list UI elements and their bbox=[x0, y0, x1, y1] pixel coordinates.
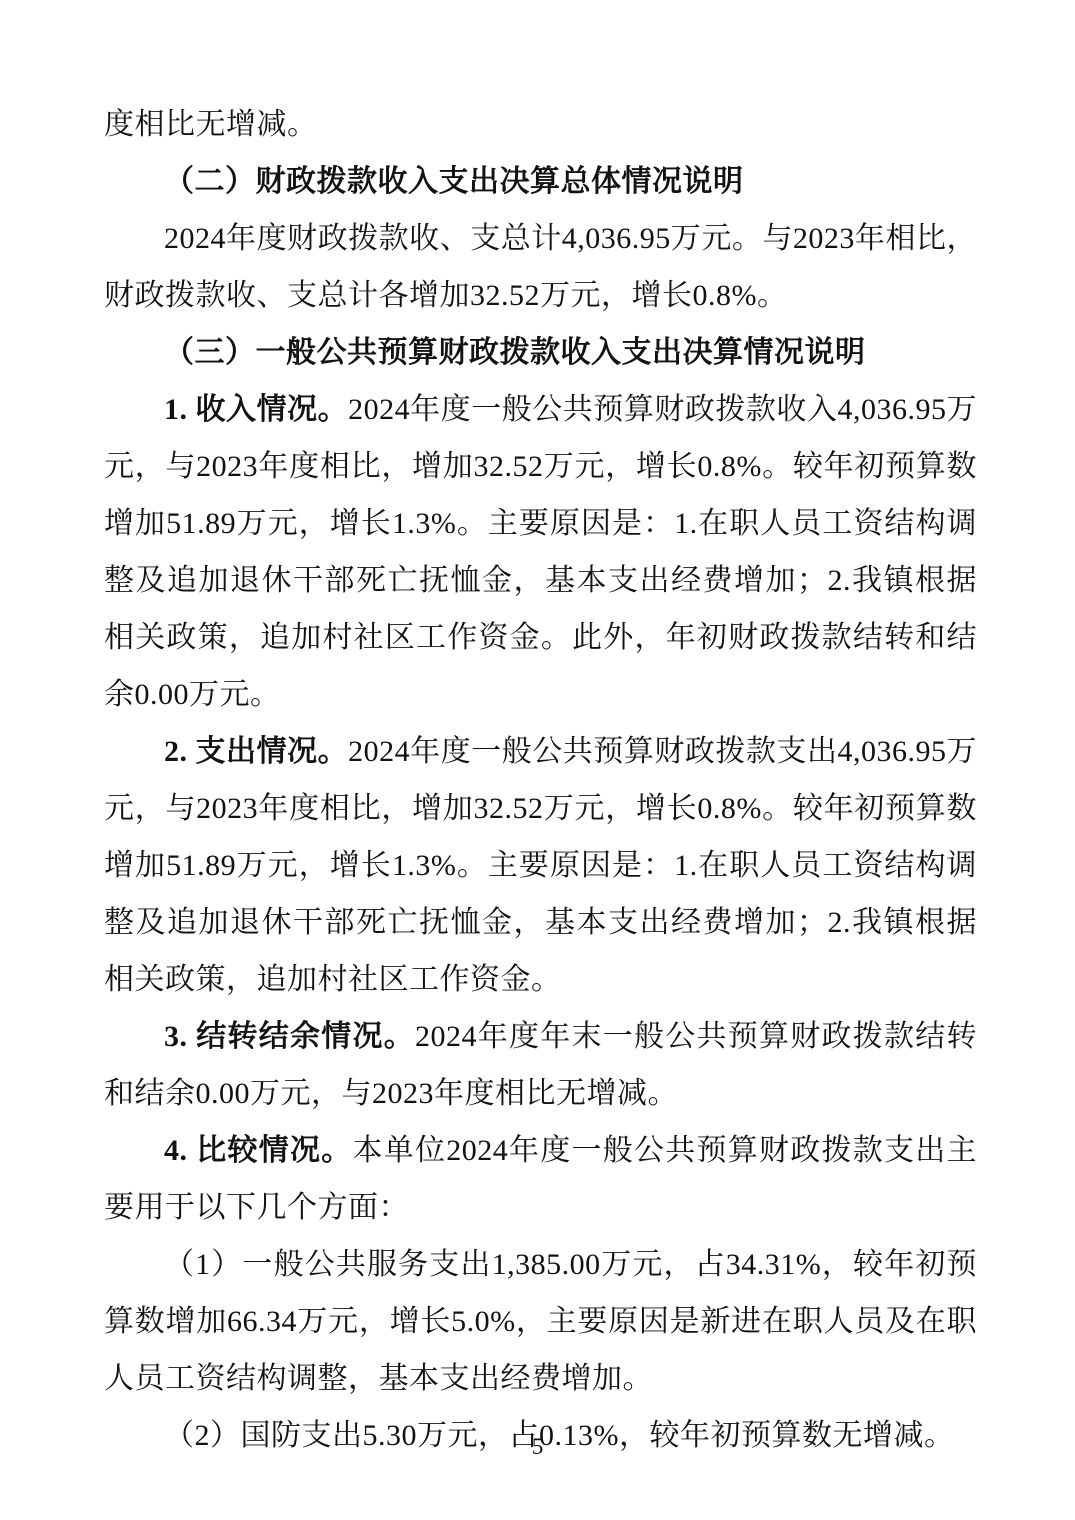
document-page: 度相比无增减。 （二）财政拨款收入支出决算总体情况说明 2024年度财政拨款收、… bbox=[0, 0, 1075, 1520]
paragraph-expenditure-situation: 2. 支出情况。2024年度一般公共预算财政拨款支出4,036.95万元，与20… bbox=[104, 723, 977, 1008]
page-number: 5 bbox=[532, 1434, 544, 1459]
paragraph-income-situation: 1. 收入情况。2024年度一般公共预算财政拨款收入4,036.95万元，与20… bbox=[104, 381, 977, 723]
paragraph-text: （1）一般公共服务支出1,385.00万元，占34.31%，较年初预算数增加66… bbox=[104, 1248, 977, 1395]
paragraph-lead: 3. 结转结余情况。 bbox=[164, 1020, 415, 1053]
paragraph-carryover-balance: 3. 结转结余情况。2024年度年末一般公共预算财政拨款结转和结余0.00万元，… bbox=[104, 1008, 977, 1122]
heading-text: （二）财政拨款收入支出决算总体情况说明 bbox=[164, 165, 744, 198]
section-heading-3: （三）一般公共预算财政拨款收入支出决算情况说明 bbox=[104, 324, 977, 381]
paragraph-lead: 1. 收入情况。 bbox=[164, 393, 348, 426]
paragraph-comparison: 4. 比较情况。本单位2024年度一般公共预算财政拨款支出主要用于以下几个方面： bbox=[104, 1122, 977, 1236]
paragraph-carryover-continuation: 度相比无增减。 bbox=[104, 96, 977, 153]
heading-text: （三）一般公共预算财政拨款收入支出决算情况说明 bbox=[164, 336, 866, 369]
page-footer: 5 bbox=[0, 1432, 1075, 1462]
paragraph-text: 2024年度财政拨款收、支总计4,036.95万元。与2023年相比，财政拨款收… bbox=[104, 222, 977, 312]
paragraph-fiscal-total: 2024年度财政拨款收、支总计4,036.95万元。与2023年相比，财政拨款收… bbox=[104, 210, 977, 324]
paragraph-lead: 4. 比较情况。 bbox=[164, 1134, 353, 1167]
paragraph-lead: 2. 支出情况。 bbox=[164, 735, 348, 768]
paragraph-text: 2024年度一般公共预算财政拨款支出4,036.95万元，与2023年度相比，增… bbox=[104, 735, 977, 996]
paragraph-item-general-public-services: （1）一般公共服务支出1,385.00万元，占34.31%，较年初预算数增加66… bbox=[104, 1236, 977, 1407]
section-heading-2: （二）财政拨款收入支出决算总体情况说明 bbox=[104, 153, 977, 210]
paragraph-text: 度相比无增减。 bbox=[104, 108, 318, 141]
paragraph-text: 2024年度一般公共预算财政拨款收入4,036.95万元，与2023年度相比，增… bbox=[104, 393, 977, 711]
document-body: 度相比无增减。 （二）财政拨款收入支出决算总体情况说明 2024年度财政拨款收、… bbox=[104, 96, 977, 1464]
